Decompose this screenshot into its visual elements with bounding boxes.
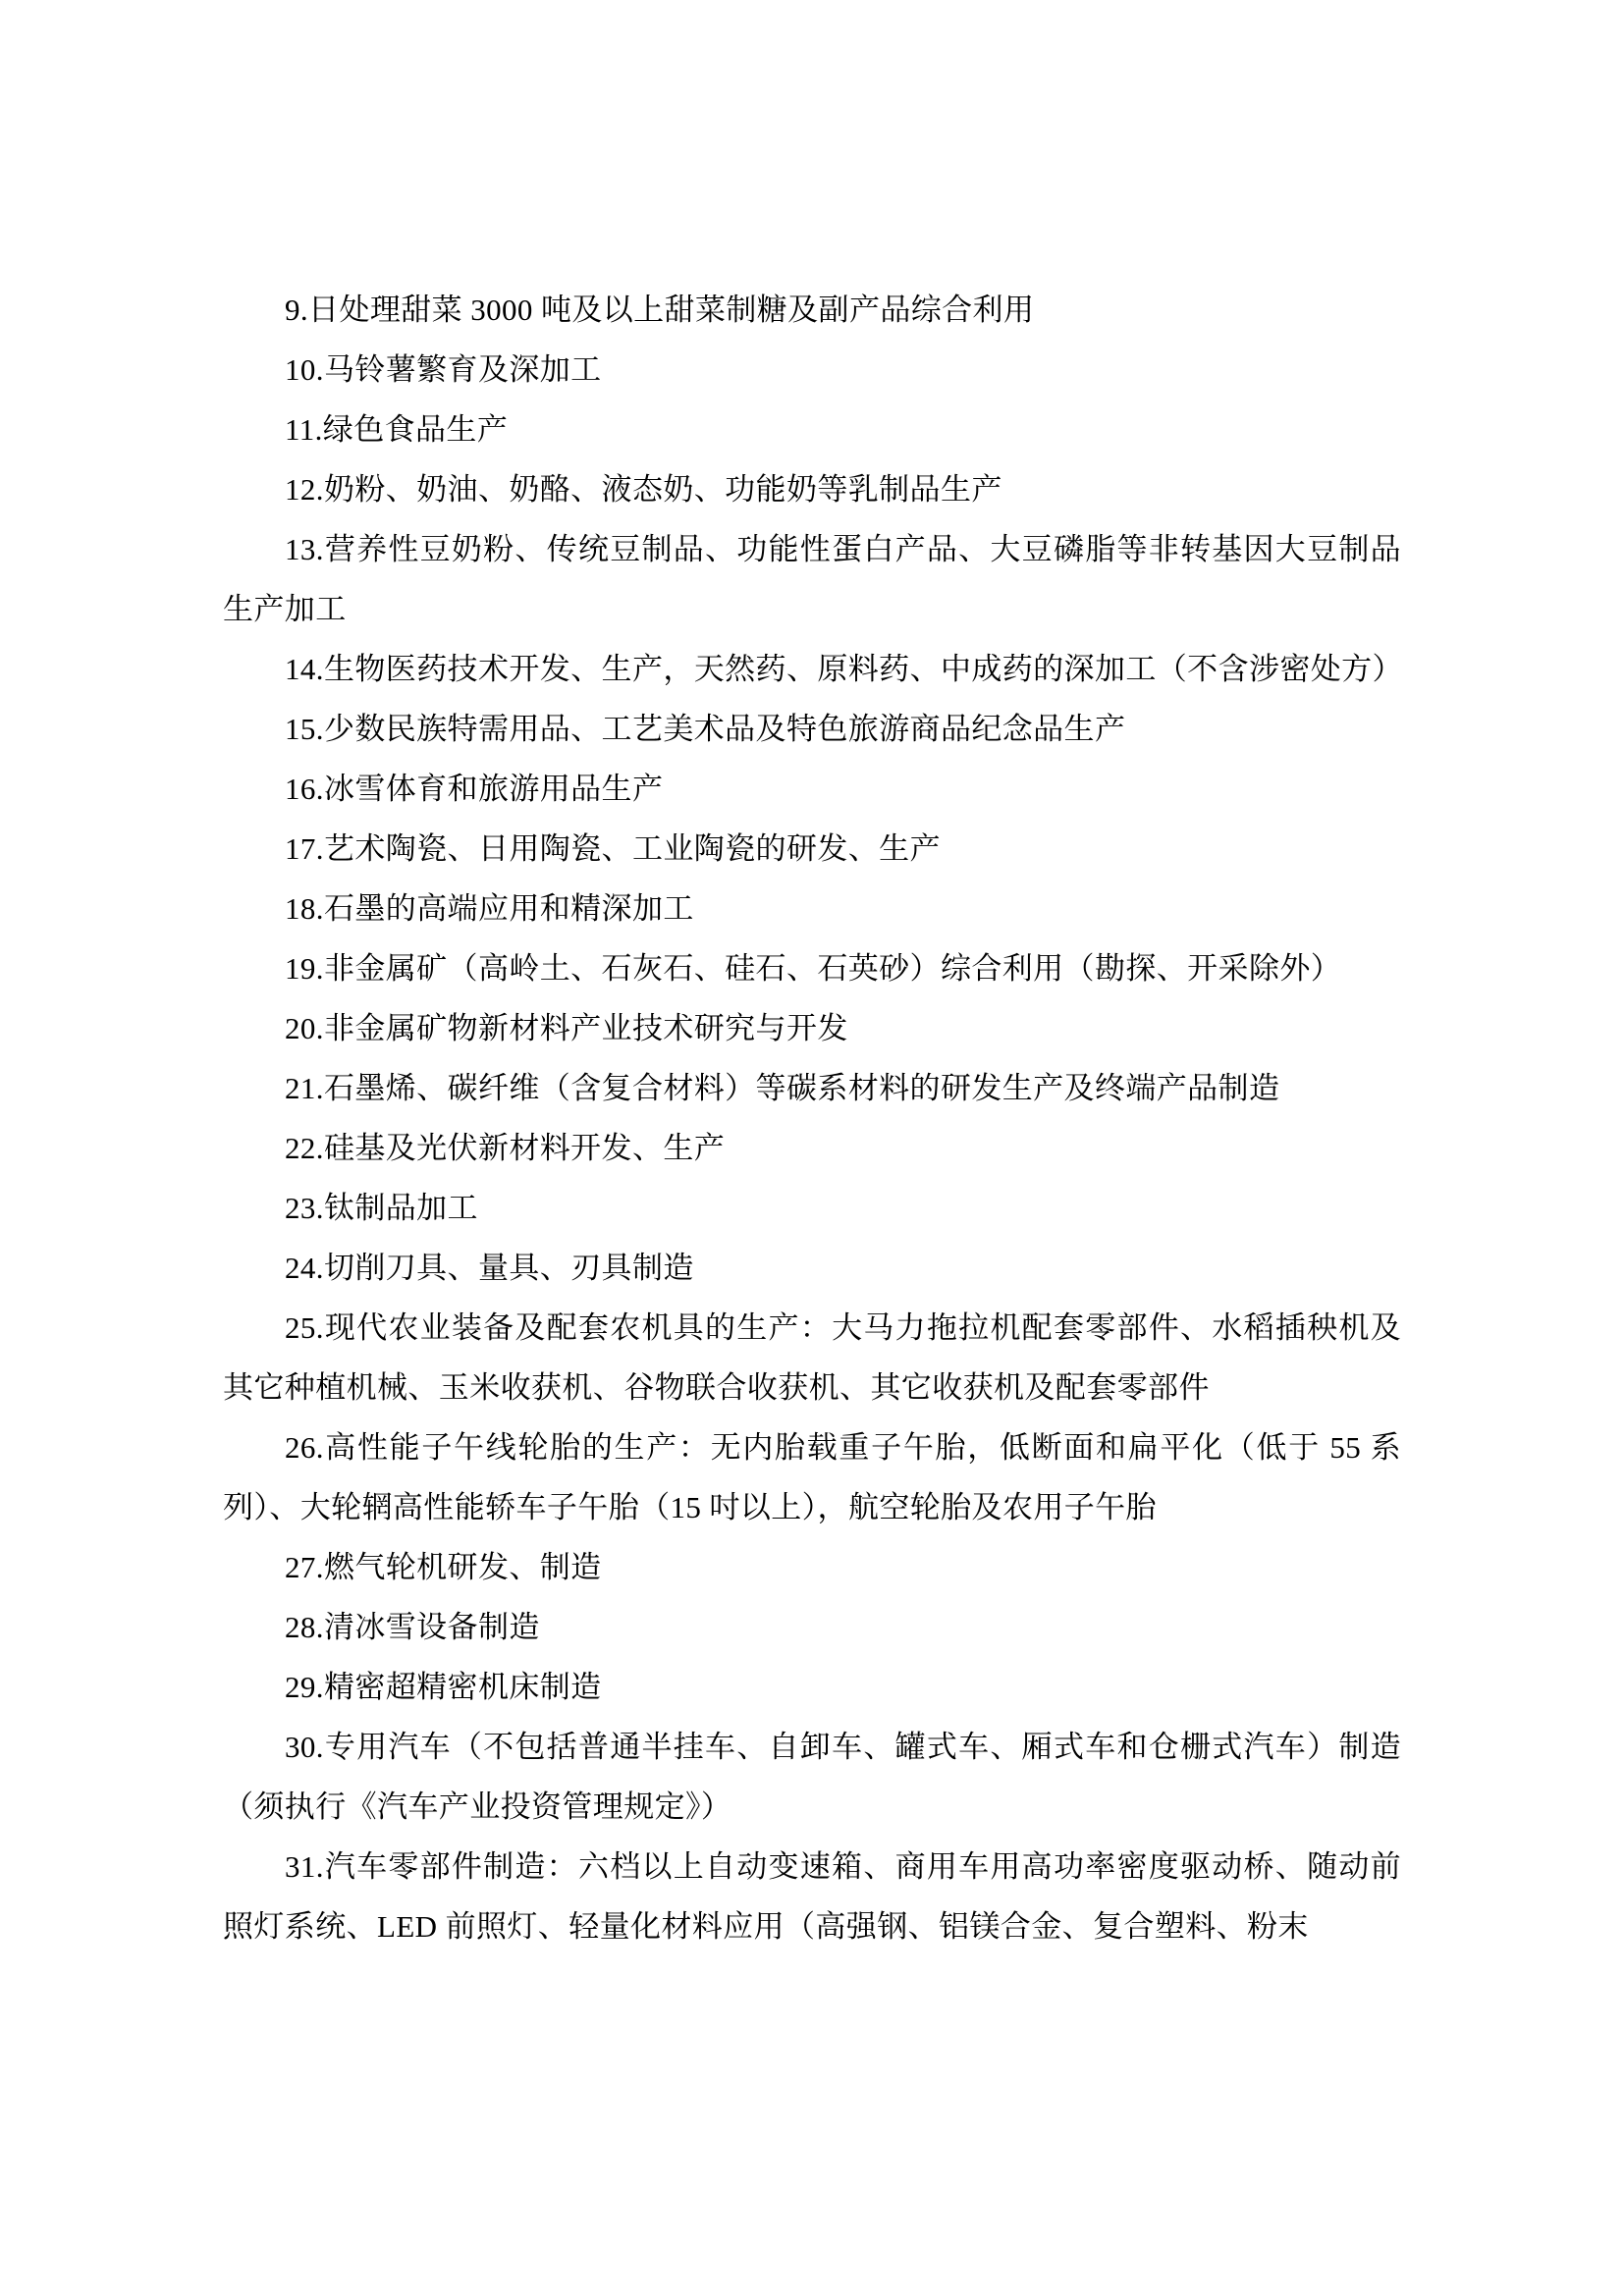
list-item-12: 12.奶粉、奶油、奶酪、液态奶、功能奶等乳制品生产 [223, 459, 1401, 519]
list-item-28: 28.清冰雪设备制造 [223, 1597, 1401, 1657]
list-item-19: 19.非金属矿（高岭土、石灰石、硅石、石英砂）综合利用（勘探、开采除外） [223, 938, 1401, 998]
list-item-11: 11.绿色食品生产 [223, 400, 1401, 459]
list-item-23: 23.钛制品加工 [223, 1178, 1401, 1238]
list-item-27: 27.燃气轮机研发、制造 [223, 1537, 1401, 1597]
list-item-25: 25.现代农业装备及配套农机具的生产：大马力拖拉机配套零部件、水稻插秧机及其它种… [223, 1298, 1401, 1417]
list-item-9: 9.日处理甜菜 3000 吨及以上甜菜制糖及副产品综合利用 [223, 280, 1401, 340]
list-item-10: 10.马铃薯繁育及深加工 [223, 340, 1401, 400]
document-page: 9.日处理甜菜 3000 吨及以上甜菜制糖及副产品综合利用 10.马铃薯繁育及深… [223, 280, 1401, 1956]
list-item-31: 31.汽车零部件制造：六档以上自动变速箱、商用车用高功率密度驱动桥、随动前照灯系… [223, 1837, 1401, 1956]
list-item-29: 29.精密超精密机床制造 [223, 1657, 1401, 1717]
list-item-24: 24.切削刀具、量具、刃具制造 [223, 1238, 1401, 1298]
list-item-21: 21.石墨烯、碳纤维（含复合材料）等碳系材料的研发生产及终端产品制造 [223, 1058, 1401, 1118]
list-item-30: 30.专用汽车（不包括普通半挂车、自卸车、罐式车、厢式车和仓栅式汽车）制造（须执… [223, 1717, 1401, 1837]
list-item-20: 20.非金属矿物新材料产业技术研究与开发 [223, 998, 1401, 1058]
list-item-15: 15.少数民族特需用品、工艺美术品及特色旅游商品纪念品生产 [223, 699, 1401, 759]
list-item-22: 22.硅基及光伏新材料开发、生产 [223, 1118, 1401, 1178]
list-item-18: 18.石墨的高端应用和精深加工 [223, 879, 1401, 938]
list-item-26: 26.高性能子午线轮胎的生产：无内胎载重子午胎，低断面和扁平化（低于 55 系列… [223, 1417, 1401, 1537]
list-item-13: 13.营养性豆奶粉、传统豆制品、功能性蛋白产品、大豆磷脂等非转基因大豆制品生产加… [223, 519, 1401, 639]
list-item-17: 17.艺术陶瓷、日用陶瓷、工业陶瓷的研发、生产 [223, 819, 1401, 879]
list-item-16: 16.冰雪体育和旅游用品生产 [223, 759, 1401, 819]
list-item-14: 14.生物医药技术开发、生产，天然药、原料药、中成药的深加工（不含涉密处方） [223, 639, 1401, 699]
